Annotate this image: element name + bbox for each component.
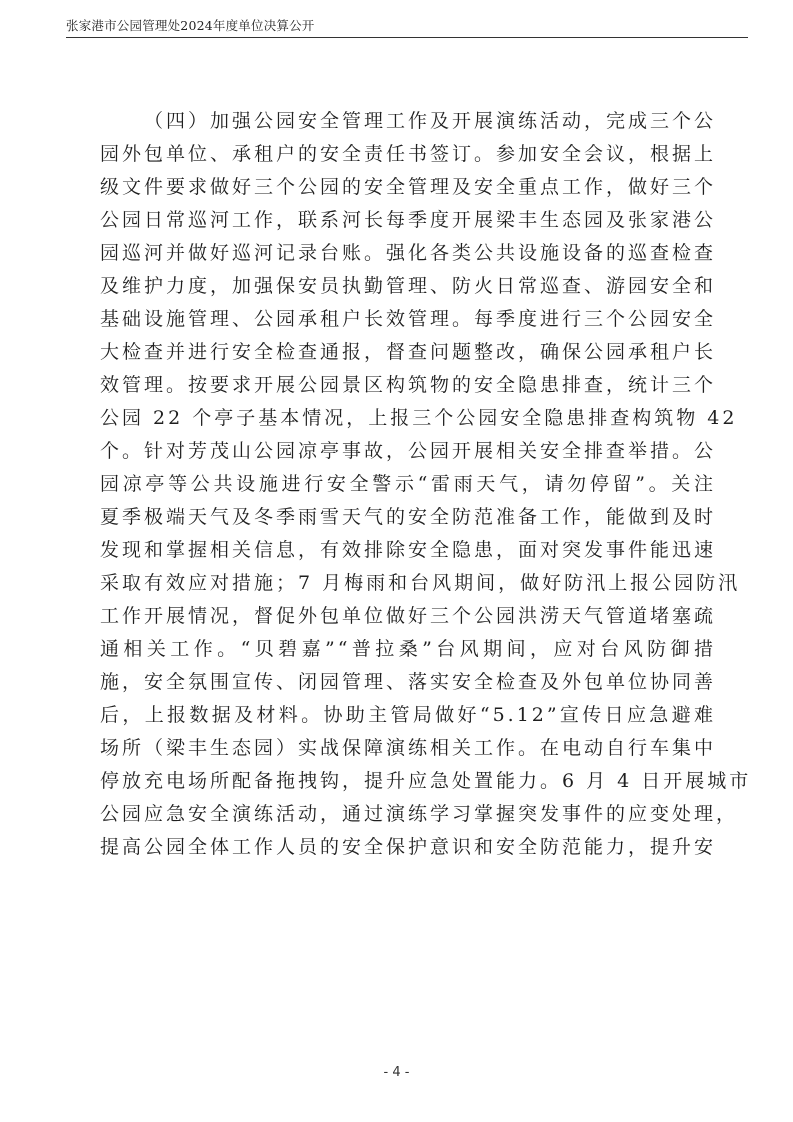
page-header: 张家港市公园管理处2024年度单位决算公开 [66,13,748,38]
text-line: 施，安全氛围宣传、闭园管理、落实安全检查及外包单位协同善 [100,666,716,699]
document-title: 张家港市公园管理处2024年度单位决算公开 [66,16,315,34]
text-line: 个。针对芳茂山公园凉亭事故，公园开展相关安全排查举措。公 [100,435,716,468]
text-line: 通相关工作。“贝碧嘉”“普拉桑”台风期间，应对台风防御措 [100,633,716,666]
text-line: 效管理。按要求开展公园景区构筑物的安全隐患排查，统计三个 [100,369,716,402]
text-line: 发现和掌握相关信息，有效排除安全隐患，面对突发事件能迅速 [100,534,716,567]
text-line: 园凉亭等公共设施进行安全警示“雷雨天气，请勿停留”。关注 [100,468,716,501]
text-line: 公园 22 个亭子基本情况，上报三个公园安全隐患排查构筑物 42 [100,402,716,435]
text-line: 场所（梁丰生态园）实战保障演练相关工作。在电动自行车集中 [100,732,716,765]
text-line: 园外包单位、承租户的安全责任书签订。参加安全会议，根据上 [100,138,716,171]
text-line: （四）加强公园安全管理工作及开展演练活动，完成三个公 [100,105,716,138]
page-number: - 4 - [0,1065,793,1080]
text-line: 级文件要求做好三个公园的安全管理及安全重点工作，做好三个 [100,171,716,204]
text-line: 提高公园全体工作人员的安全保护意识和安全防范能力，提升安 [100,831,716,864]
text-line: 及维护力度，加强保安员执勤管理、防火日常巡查、游园安全和 [100,270,716,303]
text-line: 采取有效应对措施；7 月梅雨和台风期间，做好防汛上报公园防汛 [100,567,716,600]
text-line: 停放充电场所配备拖拽钩，提升应急处置能力。6 月 4 日开展城市 [100,765,716,798]
text-line: 夏季极端天气及冬季雨雪天气的安全防范准备工作，能做到及时 [100,501,716,534]
body-paragraph: （四）加强公园安全管理工作及开展演练活动，完成三个公 园外包单位、承租户的安全责… [100,105,716,864]
text-line: 公园应急安全演练活动，通过演练学习掌握突发事件的应变处理， [100,798,716,831]
text-line: 公园日常巡河工作，联系河长每季度开展梁丰生态园及张家港公 [100,204,716,237]
text-line: 大检查并进行安全检查通报，督查问题整改，确保公园承租户长 [100,336,716,369]
text-line: 基础设施管理、公园承租户长效管理。每季度进行三个公园安全 [100,303,716,336]
text-line: 园巡河并做好巡河记录台账。强化各类公共设施设备的巡查检查 [100,237,716,270]
text-line: 后，上报数据及材料。协助主管局做好“5.12”宣传日应急避难 [100,699,716,732]
text-line: 工作开展情况，督促外包单位做好三个公园洪涝天气管道堵塞疏 [100,600,716,633]
